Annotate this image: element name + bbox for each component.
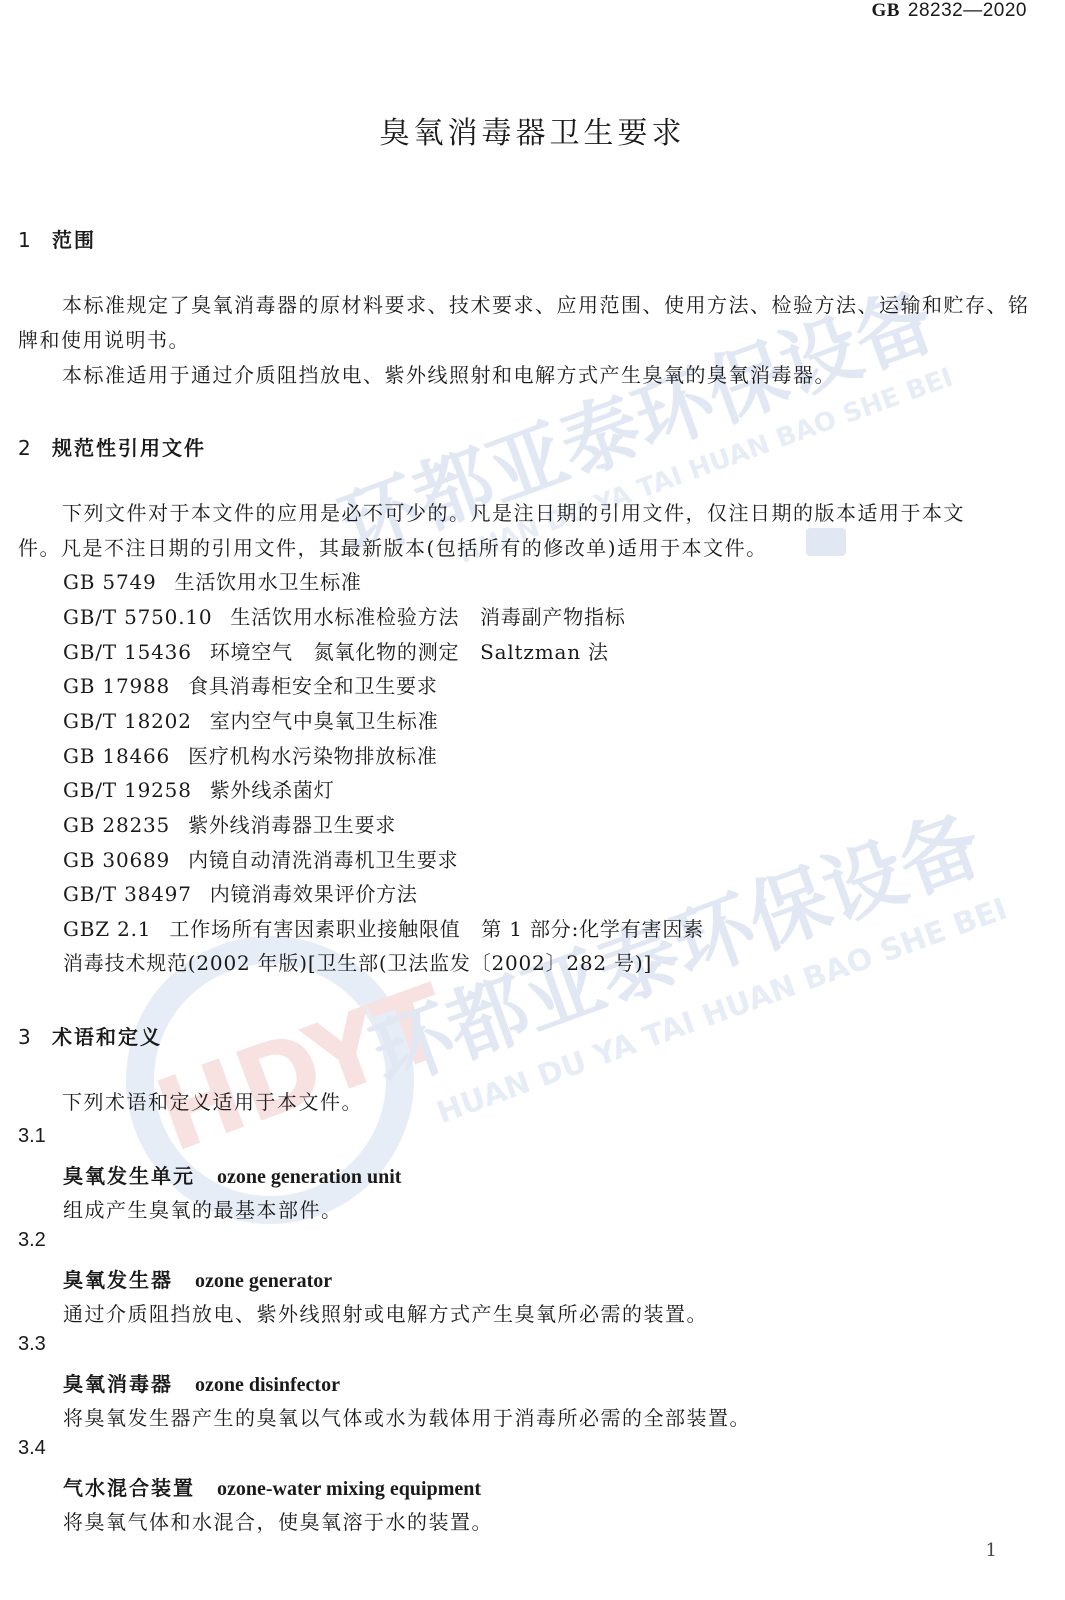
term-definition: 组成产生臭氧的最基本部件。 — [63, 1194, 343, 1223]
term-definition: 通过介质阻挡放电、紫外线照射或电解方式产生臭氧所必需的装置。 — [63, 1298, 708, 1327]
standard-code: GB28232—2020 — [871, 0, 1027, 22]
reference-item: GB/T 19258紫外线杀菌灯 — [63, 773, 335, 807]
section-title: 范围 — [52, 228, 96, 252]
document-page: 环都亚泰环保设备 HUAN DU YA TAI HUAN BAO SHE BEI… — [0, 0, 1065, 1600]
document-title: 臭氧消毒器卫生要求 — [0, 108, 1065, 152]
reference-item: GB 30689内镜自动清洗消毒机卫生要求 — [63, 843, 458, 877]
reference-item: GB 5749生活饮用水卫生标准 — [63, 565, 362, 599]
term-number: 3.1 — [18, 1125, 46, 1148]
reference-item: GB 18466医疗机构水污染物排放标准 — [63, 739, 438, 773]
standard-number: 28232—2020 — [908, 0, 1027, 21]
reference-item: GBZ 2.1工作场所有害因素职业接触限值 第 1 部分:化学有害因素 — [63, 912, 704, 946]
section-heading-scope: 1范围 — [18, 224, 96, 253]
terms-intro: 下列术语和定义适用于本文件。 — [18, 1085, 1048, 1120]
section-number: 2 — [18, 436, 52, 460]
reference-item: GB/T 5750.10生活饮用水标准检验方法 消毒副产物指标 — [63, 600, 626, 634]
term-number: 3.4 — [18, 1437, 46, 1460]
term-heading: 臭氧发生器ozone generator — [63, 1264, 332, 1293]
term-heading: 臭氧消毒器ozone disinfector — [63, 1368, 340, 1397]
page-number: 1 — [986, 1540, 997, 1561]
scope-paragraph-2: 本标准适用于通过介质阻挡放电、紫外线照射和电解方式产生臭氧的臭氧消毒器。 — [18, 358, 1048, 393]
standard-prefix: GB — [871, 0, 899, 21]
term-number: 3.3 — [18, 1333, 46, 1356]
reference-item: 消毒技术规范(2002 年版)[卫生部(卫法监发〔2002〕282 号)] — [63, 946, 652, 980]
scope-paragraph-1: 本标准规定了臭氧消毒器的原材料要求、技术要求、应用范围、使用方法、检验方法、运输… — [18, 288, 1048, 358]
term-number: 3.2 — [18, 1229, 46, 1252]
term-definition: 将臭氧发生器产生的臭氧以气体或水为载体用于消毒所必需的全部装置。 — [63, 1402, 751, 1431]
term-definition: 将臭氧气体和水混合，使臭氧溶于水的装置。 — [63, 1506, 493, 1535]
svg-text:HDYT: HDYT — [142, 962, 464, 1175]
term-heading: 臭氧发生单元ozone generation unit — [63, 1160, 401, 1189]
section-title: 规范性引用文件 — [52, 436, 206, 460]
section-title: 术语和定义 — [52, 1025, 162, 1049]
term-heading: 气水混合装置ozone-water mixing equipment — [63, 1472, 481, 1501]
reference-item: GB/T 18202室内空气中臭氧卫生标准 — [63, 704, 439, 738]
section-number: 1 — [18, 228, 52, 252]
section-heading-terms: 3术语和定义 — [18, 1021, 162, 1050]
reference-item: GB/T 38497内镜消毒效果评价方法 — [63, 877, 418, 911]
reference-item: GB 28235紫外线消毒器卫生要求 — [63, 808, 396, 842]
references-intro: 下列文件对于本文件的应用是必不可少的。凡是注日期的引用文件，仅注日期的版本适用于… — [18, 496, 1048, 566]
reference-item: GB 17988食具消毒柜安全和卫生要求 — [63, 669, 438, 703]
section-number: 3 — [18, 1025, 52, 1049]
reference-item: GB/T 15436环境空气 氮氧化物的测定 Saltzman 法 — [63, 635, 609, 669]
section-heading-normative-references: 2规范性引用文件 — [18, 432, 206, 461]
